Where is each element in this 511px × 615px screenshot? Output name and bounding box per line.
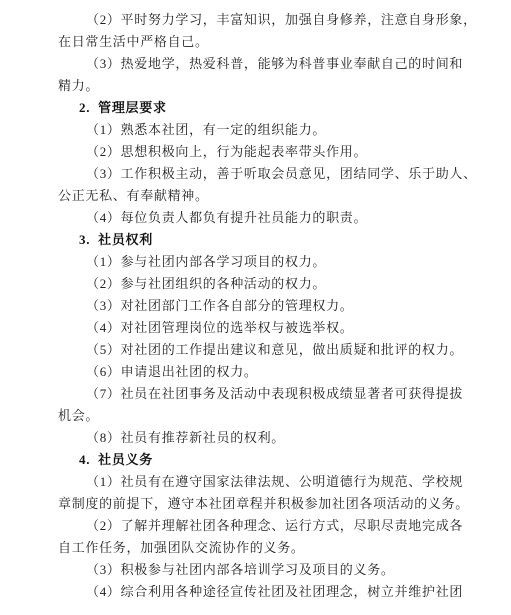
text-line: 章制度的前提下，遵守本社团章程并积极参加社团各项活动的义务。 [58, 493, 511, 515]
text-line: （2）思想积极向上，行为能起表率带头作用。 [58, 141, 511, 163]
text-line: 自工作任务，加强团队交流协作的义务。 [58, 537, 511, 559]
text-line: （1）熟悉本社团，有一定的组织能力。 [58, 119, 511, 141]
text-line: （3）积极参与社团内部各培训学习及项目的义务。 [58, 559, 511, 581]
text-line: （2）了解并理解社团各种理念、运行方式，尽职尽责地完成各 [58, 515, 511, 537]
text-line: （2）平时努力学习，丰富知识，加强自身修养，注意自身形象， [58, 9, 511, 31]
text-line: （3）对社团部门工作各自部分的管理权力。 [58, 295, 511, 317]
text-line: （6）申请退出社团的权力。 [58, 361, 511, 383]
text-line: （3）工作积极主动，善于听取会员意见，团结同学、乐于助人、 [58, 163, 511, 185]
section-heading-member-duties: 4.社员义务 [58, 449, 511, 471]
heading-title: 管理层要求 [98, 97, 167, 119]
heading-number: 2. [79, 97, 90, 119]
text-line: （4）每位负责人都负有提升社员能力的职责。 [58, 207, 511, 229]
heading-title: 社员权利 [98, 229, 153, 251]
text-line: （8）社员有推荐新社员的权利。 [58, 427, 511, 449]
heading-title: 社员义务 [98, 449, 153, 471]
text-line: （1）社员有在遵守国家法律法规、公明道德行为规范、学校规 [58, 471, 511, 493]
text-line: （3）热爱地学，热爱科普，能够为科普事业奉献自己的时间和 [58, 53, 511, 75]
text-line: 机会。 [58, 405, 511, 427]
section-heading-management-requirements: 2.管理层要求 [58, 97, 511, 119]
text-line: （4）综合利用各种途径宣传社团及社团理念，树立并维护社团 [58, 581, 511, 603]
document-page: （2）平时努力学习，丰富知识，加强自身修养，注意自身形象， 在日常生活中严格自己… [0, 0, 511, 615]
text-line: （1）参与社团内部各学习项目的权力。 [58, 251, 511, 273]
text-line: 在日常生活中严格自己。 [58, 31, 511, 53]
text-line: （5）对社团的工作提出建议和意见，做出质疑和批评的权力。 [58, 339, 511, 361]
text-line: 公正无私、有奉献精神。 [58, 185, 511, 207]
text-line: （2）参与社团组织的各种活动的权力。 [58, 273, 511, 295]
heading-number: 3. [79, 229, 90, 251]
heading-number: 4. [79, 449, 90, 471]
text-line: （4）对社团管理岗位的选举权与被选举权。 [58, 317, 511, 339]
text-line: 精力。 [58, 75, 511, 97]
section-heading-member-rights: 3.社员权利 [58, 229, 511, 251]
text-line: （7）社员在社团事务及活动中表现积极成绩显著者可获得提拔 [58, 383, 511, 405]
